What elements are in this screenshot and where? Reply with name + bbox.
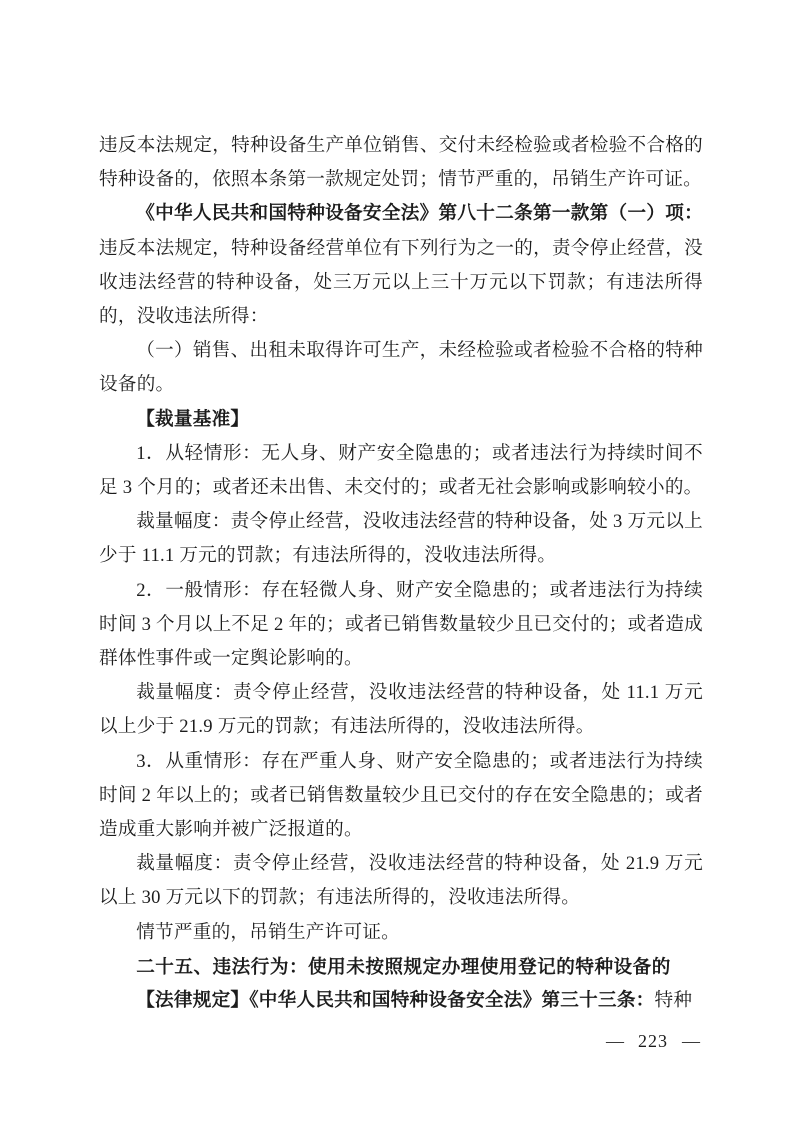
footer-left-dash: — <box>606 1031 624 1051</box>
text-run: 【法律规定】《中华人民共和国特种设备安全法》第三十三条： <box>136 990 654 1011</box>
text-run: 裁量幅度：责令停止经营，没收违法经营的特种设备，处 21.9 万元以上 30 万… <box>99 853 703 908</box>
paragraph: 情节严重的，吊销生产许可证。 <box>99 916 703 950</box>
text-run: 3．从重情形：存在严重人身、财产安全隐患的；或者违法行为持续时间 2 年以上的；… <box>99 751 703 840</box>
text-run: （一）销售、出租未取得许可生产，未经检验或者检验不合格的特种设备的。 <box>99 340 703 395</box>
text-run: 《中华人民共和国特种设备安全法》第八十二条第一款第（一）项： <box>136 203 703 224</box>
text-run: 特种 <box>655 990 693 1011</box>
paragraph: 违反本法规定，特种设备生产单位销售、交付未经检验或者检验不合格的特种设备的，依照… <box>99 129 703 197</box>
paragraph: 3．从重情形：存在严重人身、财产安全隐患的；或者违法行为持续时间 2 年以上的；… <box>99 745 703 848</box>
text-run: 1．从轻情形：无人身、财产安全隐患的；或者违法行为持续时间不足 3 个月的；或者… <box>99 443 703 498</box>
page-number: 223 <box>638 1031 668 1051</box>
page-body: 违反本法规定，特种设备生产单位销售、交付未经检验或者检验不合格的特种设备的，依照… <box>99 129 703 1018</box>
page-footer: —223— <box>606 1031 700 1052</box>
paragraph: 1．从轻情形：无人身、财产安全隐患的；或者违法行为持续时间不足 3 个月的；或者… <box>99 437 703 505</box>
text-run: 违反本法规定，特种设备经营单位有下列行为之一的，责令停止经营，没收违法经营的特种… <box>99 238 703 327</box>
paragraph: 【裁量基准】 <box>99 403 703 437</box>
text-run: 违反本法规定，特种设备生产单位销售、交付未经检验或者检验不合格的特种设备的，依照… <box>99 135 703 190</box>
paragraph: 二十五、违法行为：使用未按照规定办理使用登记的特种设备的 <box>99 950 703 984</box>
document-page: 违反本法规定，特种设备生产单位销售、交付未经检验或者检验不合格的特种设备的，依照… <box>0 0 793 1122</box>
text-run: 裁量幅度：责令停止经营，没收违法经营的特种设备，处 3 万元以上少于 11.1 … <box>99 511 703 566</box>
footer-right-dash: — <box>682 1031 700 1051</box>
paragraph: 裁量幅度：责令停止经营，没收违法经营的特种设备，处 11.1 万元以上少于 21… <box>99 676 703 744</box>
text-run: 情节严重的，吊销生产许可证。 <box>136 922 400 943</box>
paragraph: 【法律规定】《中华人民共和国特种设备安全法》第三十三条：特种 <box>99 984 703 1018</box>
paragraph: 《中华人民共和国特种设备安全法》第八十二条第一款第（一）项：违反本法规定，特种设… <box>99 197 703 334</box>
paragraph: （一）销售、出租未取得许可生产，未经检验或者检验不合格的特种设备的。 <box>99 334 703 402</box>
paragraph: 裁量幅度：责令停止经营，没收违法经营的特种设备，处 21.9 万元以上 30 万… <box>99 847 703 915</box>
text-run: 2．一般情形：存在轻微人身、财产安全隐患的；或者违法行为持续时间 3 个月以上不… <box>99 580 703 669</box>
text-run: 裁量幅度：责令停止经营，没收违法经营的特种设备，处 11.1 万元以上少于 21… <box>99 682 703 737</box>
text-run: 【裁量基准】 <box>136 409 249 430</box>
text-run: 二十五、违法行为：使用未按照规定办理使用登记的特种设备的 <box>136 956 671 977</box>
paragraph: 2．一般情形：存在轻微人身、财产安全隐患的；或者违法行为持续时间 3 个月以上不… <box>99 574 703 677</box>
paragraph: 裁量幅度：责令停止经营，没收违法经营的特种设备，处 3 万元以上少于 11.1 … <box>99 505 703 573</box>
